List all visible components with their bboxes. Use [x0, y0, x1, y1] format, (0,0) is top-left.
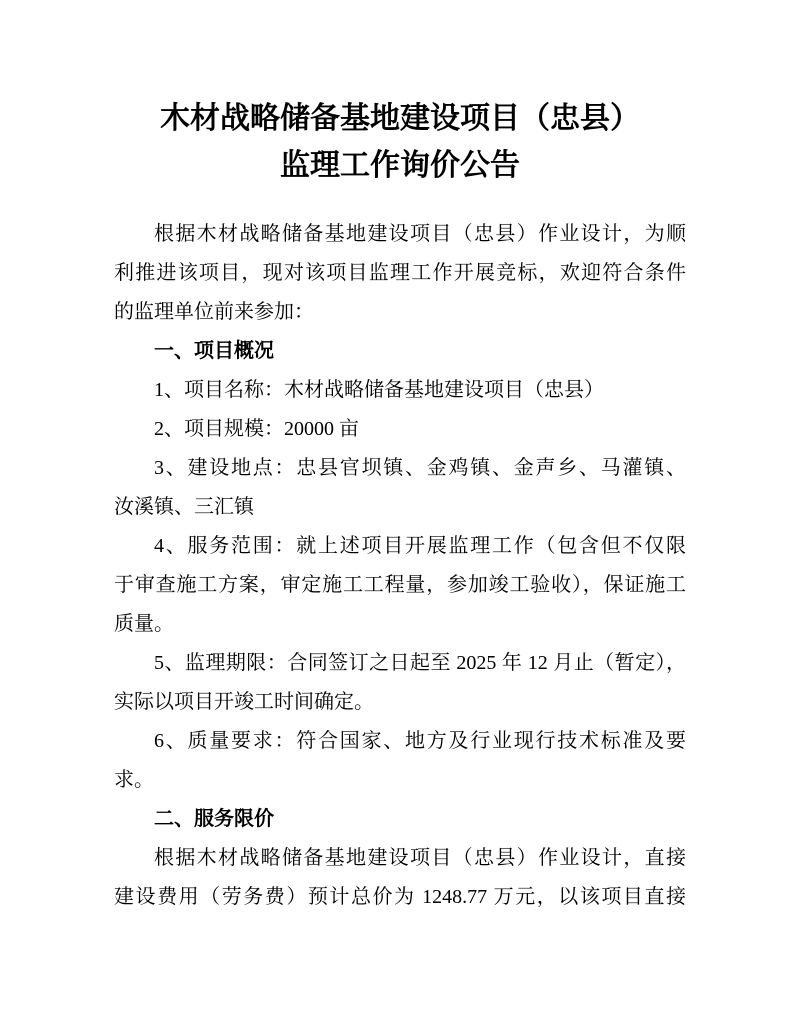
paragraph-line: 利推进该项目，现对该项目监理工作开展竞标，欢迎符合条件 [114, 254, 686, 293]
paragraph-line: 质量。 [114, 605, 686, 644]
paragraph-line: 的监理单位前来参加： [114, 293, 686, 332]
paragraph-line: 1、项目名称：木材战略储备基地建设项目（忠县） [114, 371, 686, 410]
document-body: 根据木材战略储备基地建设项目（忠县）作业设计，为顺 利推进该项目，现对该项目监理… [114, 215, 686, 917]
document-title-line-2: 监理工作询价公告 [114, 142, 686, 189]
section-heading-project-overview: 一、项目概况 [114, 332, 686, 371]
paragraph-line: 2、项目规模：20000 亩 [114, 410, 686, 449]
paragraph-line: 汝溪镇、三汇镇 [114, 488, 686, 527]
paragraph-line: 3、建设地点：忠县官坝镇、金鸡镇、金声乡、马灌镇、 [114, 449, 686, 488]
document-title: 木材战略储备基地建设项目（忠县） 监理工作询价公告 [114, 95, 686, 189]
document-title-line-1: 木材战略储备基地建设项目（忠县） [114, 95, 686, 142]
paragraph-line: 6、质量要求：符合国家、地方及行业现行技术标准及要 [114, 722, 686, 761]
paragraph-line: 实际以项目开竣工时间确定。 [114, 683, 686, 722]
paragraph-line: 根据木材战略储备基地建设项目（忠县）作业设计，直接 [114, 839, 686, 878]
paragraph-line: 建设费用（劳务费）预计总价为 1248.77 万元，以该项目直接 [114, 878, 686, 917]
paragraph-line: 根据木材战略储备基地建设项目（忠县）作业设计，为顺 [114, 215, 686, 254]
document-page: 木材战略储备基地建设项目（忠县） 监理工作询价公告 根据木材战略储备基地建设项目… [0, 0, 800, 1035]
paragraph-line: 5、监理期限：合同签订之日起至 2025 年 12 月止（暂定）， [114, 644, 686, 683]
section-heading-service-price-limit: 二、服务限价 [114, 800, 686, 839]
paragraph-line: 于审查施工方案，审定施工工程量，参加竣工验收），保证施工 [114, 566, 686, 605]
paragraph-line: 4、服务范围：就上述项目开展监理工作（包含但不仅限 [114, 527, 686, 566]
paragraph-line: 求。 [114, 761, 686, 800]
